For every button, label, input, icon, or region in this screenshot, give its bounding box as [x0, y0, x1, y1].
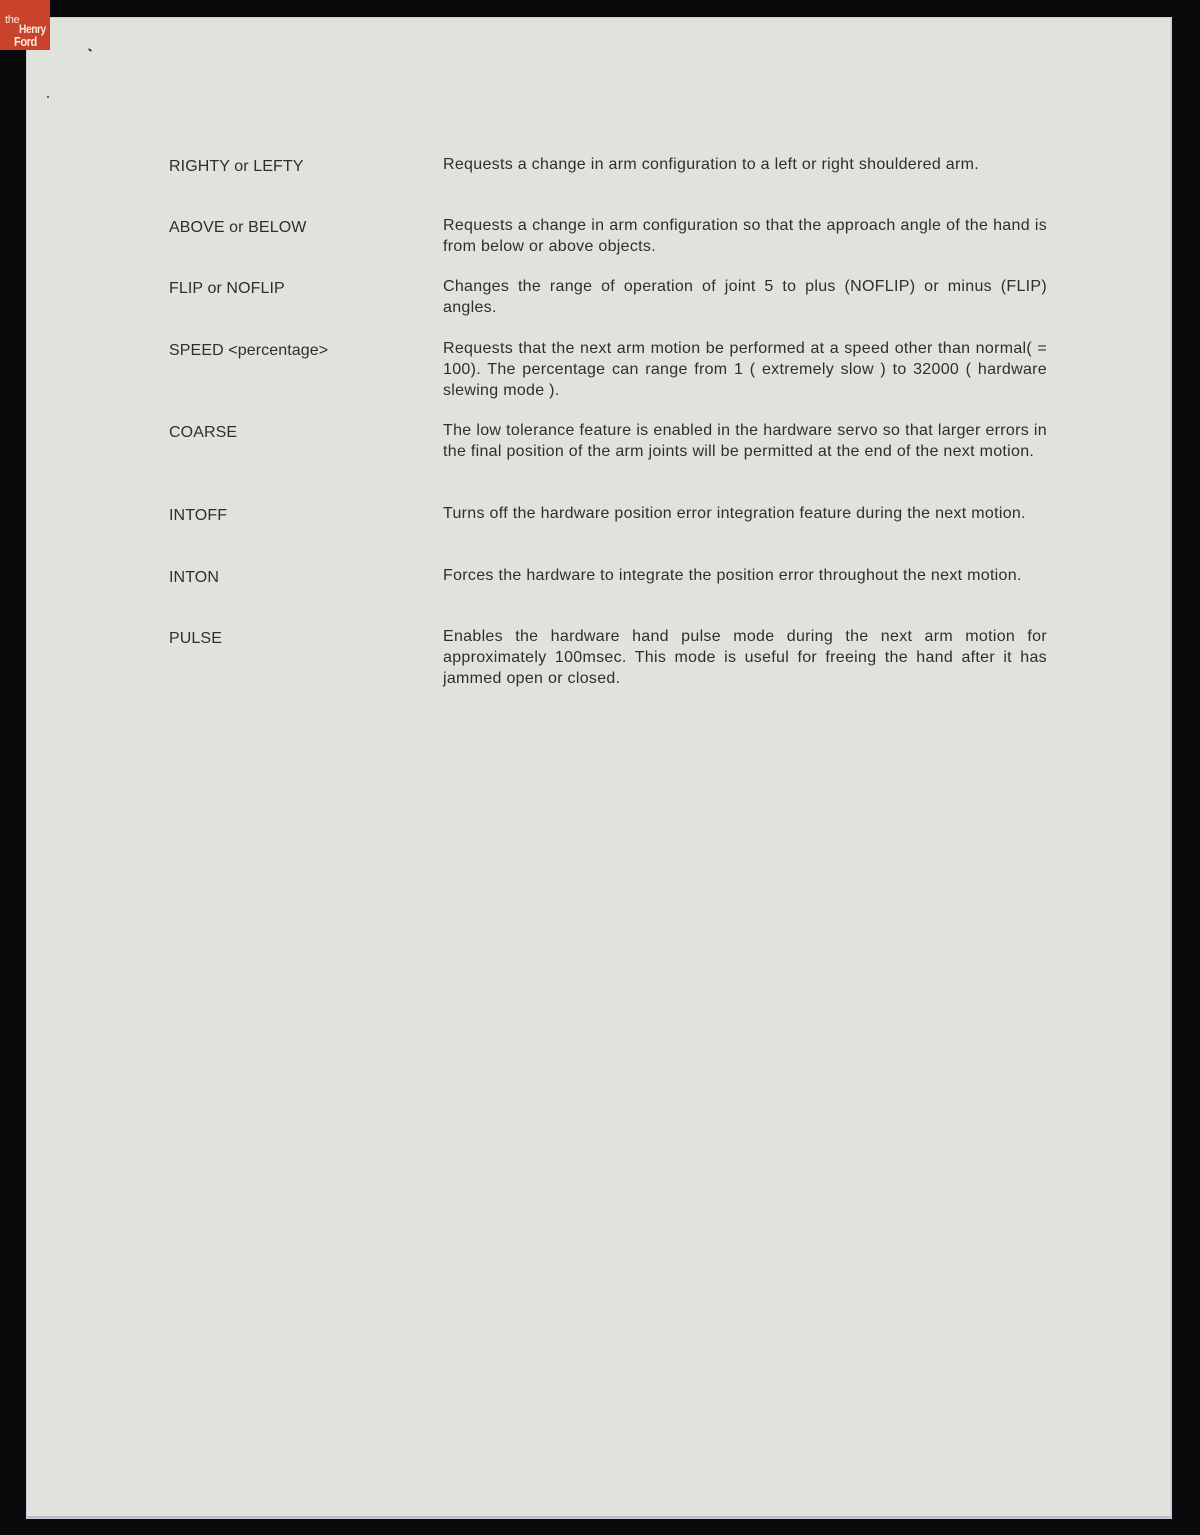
command-description: Requests a change in arm configuration s…: [443, 215, 1047, 257]
command-description: Requests that the next arm motion be per…: [443, 338, 1047, 401]
command-name: PULSE: [169, 630, 429, 648]
command-description: Requests a change in arm configuration t…: [443, 154, 1047, 175]
command-description: Turns off the hardware position error in…: [443, 503, 1047, 524]
command-description: Forces the hardware to integrate the pos…: [443, 565, 1047, 586]
logo-text-ford: Ford: [14, 34, 37, 49]
henry-ford-logo: the Henry Ford: [0, 0, 50, 50]
command-description: Enables the hardware hand pulse mode dur…: [443, 626, 1047, 689]
command-name: ABOVE or BELOW: [169, 219, 429, 237]
command-name: RIGHTY or LEFTY: [169, 158, 429, 176]
command-name: INTON: [169, 569, 429, 587]
document-page: RIGHTY or LEFTY Requests a change in arm…: [27, 18, 1171, 1518]
command-name: INTOFF: [169, 507, 429, 525]
logo-text-the: the: [5, 14, 19, 26]
command-name: FLIP or NOFLIP: [169, 280, 429, 298]
command-description: Changes the range of operation of joint …: [443, 276, 1047, 318]
command-name: SPEED <percentage>: [169, 342, 429, 360]
paper-speck: [88, 48, 92, 52]
command-description: The low tolerance feature is enabled in …: [443, 420, 1047, 462]
paper-speck: [47, 96, 49, 98]
command-name: COARSE: [169, 424, 429, 442]
